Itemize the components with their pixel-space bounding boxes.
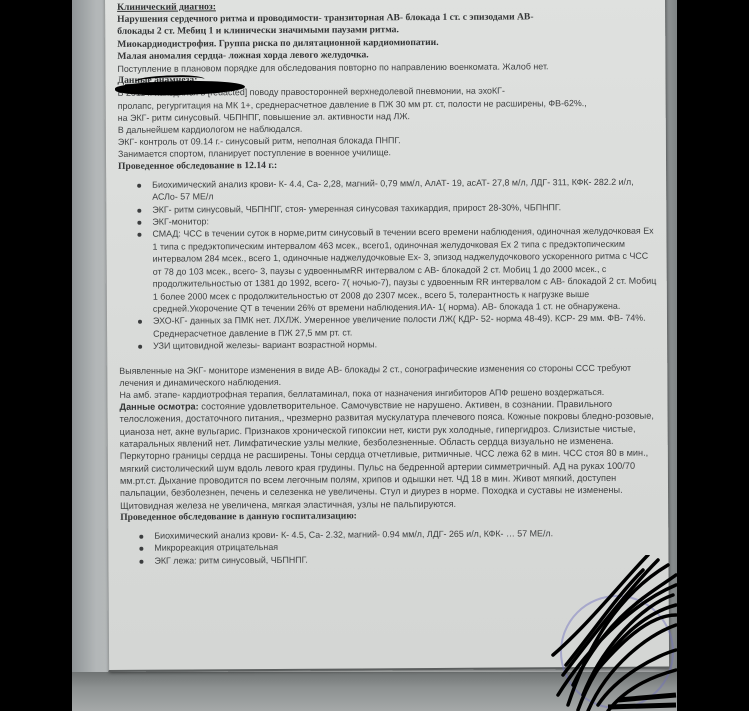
list-item: Биохимический анализ крови- К- 4.4, Са- … — [152, 175, 658, 203]
list-item: УЗИ щитовидной железы- вариант возрастно… — [153, 337, 659, 352]
examination-heading: Данные осмотра: — [119, 402, 198, 412]
clinical-diagnosis-section: Клинический диагноз: Нарушения сердечног… — [117, 0, 657, 75]
exam-1214-section: Проведенное обследование в 12.14 г.: Био… — [118, 157, 659, 352]
signature-scribble-redaction — [548, 555, 678, 711]
examination-text: состояние удовлетворительное. Самочувств… — [120, 399, 654, 510]
examination-section: Данные осмотра: состояние удовлетворител… — [119, 398, 660, 512]
list-item: СМАД: ЧСС в течении суток в норме,ритм с… — [152, 225, 659, 315]
conclusion-line: Выявленные на ЭКГ- мониторе изменения в … — [119, 361, 659, 389]
list-item: ЭХО-КГ- данных за ПМК нет. ЛХЛЖ. Умеренн… — [153, 312, 659, 340]
exam-1214-list: Биохимический анализ крови- К- 4.4, Са- … — [118, 175, 659, 352]
conclusion-section: Выявленные на ЭКГ- мониторе изменения в … — [119, 361, 659, 401]
